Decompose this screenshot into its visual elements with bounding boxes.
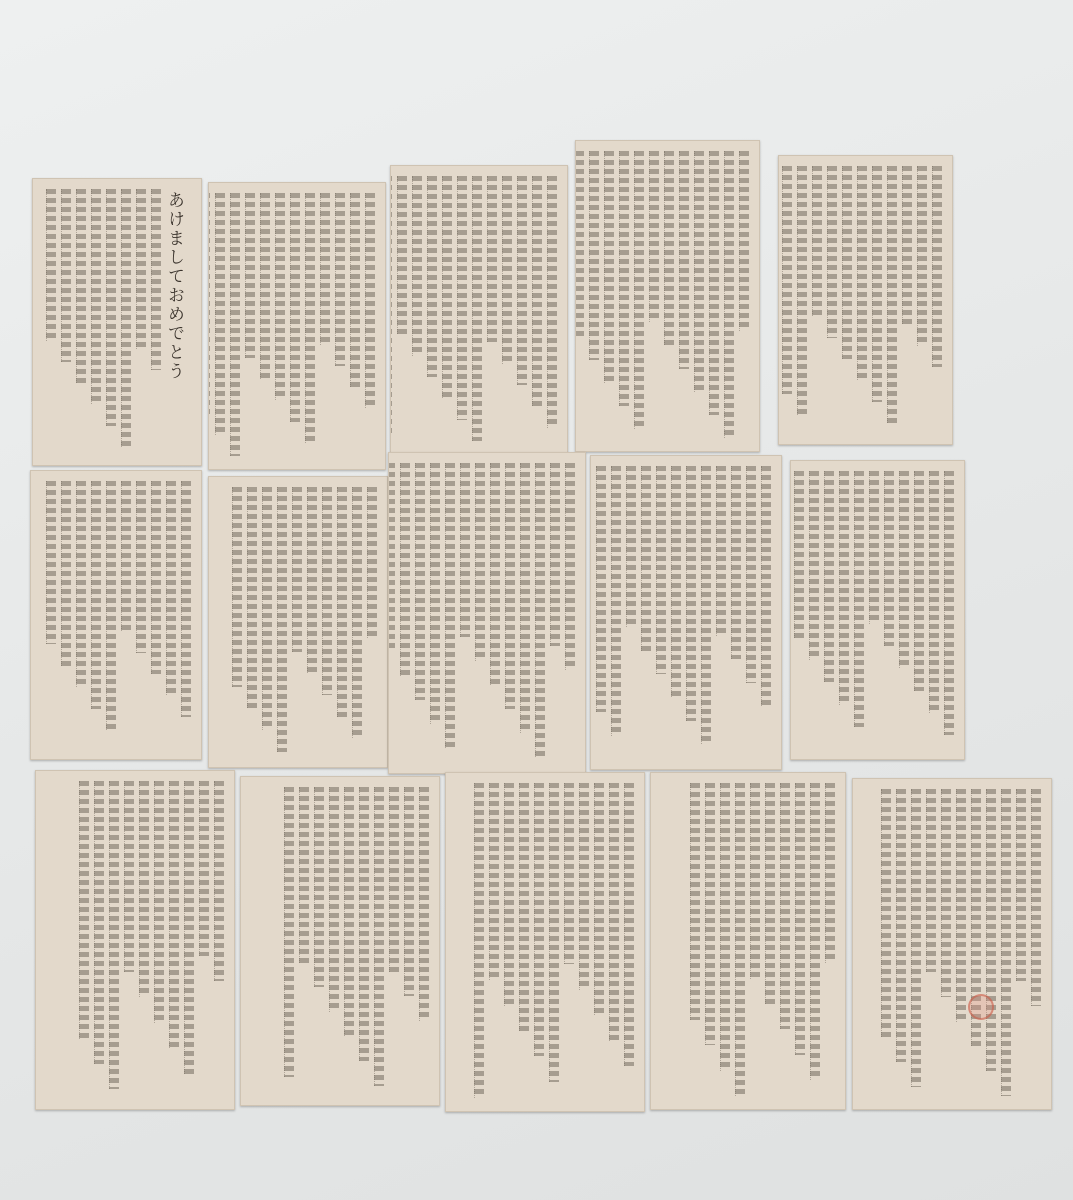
- handwritten-line: [61, 189, 71, 362]
- handwritten-line: [61, 481, 71, 666]
- handwritten-line: [365, 193, 375, 408]
- handwriting-columns: [789, 166, 942, 434]
- handwritten-line: [887, 166, 897, 423]
- handwritten-line: [884, 471, 894, 646]
- postcard-15: [852, 778, 1052, 1110]
- handwritten-line: [575, 151, 584, 337]
- handwritten-line: [502, 176, 512, 364]
- handwritten-line: [854, 471, 864, 727]
- handwritten-line: [320, 193, 330, 345]
- handwritten-line: [564, 783, 574, 964]
- postcard-12: [240, 776, 440, 1106]
- handwritten-line: [305, 193, 315, 443]
- handwritten-line: [292, 487, 302, 652]
- handwritten-line: [412, 176, 422, 356]
- handwriting-columns: [401, 176, 557, 444]
- handwritten-line: [215, 193, 225, 435]
- handwritten-line: [694, 151, 704, 392]
- postcard-10: [790, 460, 965, 760]
- handwritten-line: [656, 466, 666, 674]
- handwritten-line: [589, 151, 599, 360]
- handwritten-line: [76, 481, 86, 687]
- postcard-11: [35, 770, 235, 1110]
- handwritten-line: [419, 787, 429, 1021]
- handwriting-columns: [43, 189, 161, 455]
- handwritten-line: [344, 787, 354, 1036]
- postcard-4: [575, 140, 760, 452]
- handwritten-line: [609, 783, 619, 1041]
- handwritten-line: [442, 176, 452, 398]
- handwritten-line: [247, 487, 257, 708]
- handwritten-line: [275, 193, 285, 400]
- handwritten-line: [926, 789, 936, 972]
- handwritten-line: [121, 481, 131, 631]
- handwritten-line: [664, 151, 674, 345]
- handwritten-line: [932, 166, 942, 367]
- handwritten-line: [290, 193, 300, 422]
- handwritten-line: [624, 783, 634, 1066]
- handwritten-line: [475, 463, 485, 661]
- postcard-8: [388, 452, 586, 774]
- handwritten-line: [594, 783, 604, 1015]
- handwritten-line: [1031, 789, 1041, 1006]
- handwritten-line: [322, 487, 332, 695]
- handwritten-line: [626, 466, 636, 627]
- handwritten-line: [169, 781, 179, 1048]
- red-seal-stamp: [968, 994, 994, 1020]
- handwritten-line: [596, 466, 606, 712]
- postcard-5: [778, 155, 953, 445]
- handwritten-line: [917, 166, 927, 346]
- postcard-2: [208, 182, 386, 470]
- handwritten-line: [277, 487, 287, 752]
- handwritten-line: [151, 481, 161, 674]
- handwritten-line: [986, 789, 996, 1071]
- handwritten-line: [746, 466, 756, 683]
- handwritten-line: [782, 166, 792, 394]
- handwritten-line: [761, 466, 771, 706]
- postcard-7: [208, 476, 388, 768]
- handwriting-columns: [46, 781, 224, 1099]
- handwritten-line: [136, 189, 146, 349]
- handwritten-line: [335, 193, 345, 366]
- handwritten-line: [388, 463, 395, 652]
- handwritten-line: [489, 783, 499, 980]
- handwritten-line: [91, 189, 101, 404]
- handwritten-line: [154, 781, 164, 1023]
- handwritten-line: [914, 471, 924, 691]
- handwritten-line: [519, 783, 529, 1031]
- greeting-text: あけましておめでとう: [162, 191, 187, 381]
- handwriting-columns: [801, 471, 954, 749]
- handwritten-line: [352, 487, 362, 738]
- handwritten-line: [121, 189, 131, 447]
- handwritten-line: [812, 166, 822, 316]
- handwritten-line: [94, 781, 104, 1064]
- handwritten-line: [367, 487, 377, 638]
- handwritten-line: [709, 151, 719, 415]
- handwritten-line: [139, 781, 149, 997]
- handwritten-line: [797, 166, 807, 415]
- handwritten-line: [739, 151, 749, 331]
- handwritten-line: [872, 166, 882, 402]
- postcard-6: [30, 470, 202, 760]
- handwritten-line: [505, 463, 515, 709]
- handwritten-line: [230, 193, 240, 456]
- handwritten-line: [735, 783, 745, 1096]
- handwritten-line: [941, 789, 951, 997]
- handwritten-line: [716, 466, 726, 636]
- handwritten-line: [109, 781, 119, 1089]
- handwritten-line: [649, 151, 659, 322]
- handwritten-line: [517, 176, 527, 385]
- handwritten-line: [284, 787, 294, 1077]
- handwritten-line: [532, 176, 542, 406]
- handwritten-line: [780, 783, 790, 1029]
- handwritten-line: [199, 781, 209, 956]
- handwritten-line: [671, 466, 681, 697]
- handwritten-line: [487, 176, 497, 342]
- handwriting-columns: [586, 151, 749, 441]
- postcard-3: [390, 165, 568, 455]
- handwritten-line: [106, 481, 116, 730]
- handwriting-columns: [219, 193, 375, 459]
- handwritten-line: [604, 151, 614, 383]
- postcard-13: [445, 772, 645, 1112]
- handwriting-columns: [251, 787, 429, 1095]
- handwritten-line: [534, 783, 544, 1056]
- handwritten-line: [474, 783, 484, 1098]
- handwritten-line: [911, 789, 921, 1087]
- handwriting-columns: [863, 789, 1041, 1099]
- handwritten-line: [611, 466, 621, 736]
- handwritten-line: [314, 787, 324, 987]
- handwritten-line: [260, 193, 270, 379]
- handwritten-line: [750, 783, 760, 979]
- handwritten-line: [824, 471, 834, 682]
- handwritten-line: [825, 783, 835, 963]
- handwritten-line: [842, 166, 852, 359]
- handwritten-line: [794, 471, 804, 638]
- handwritten-line: [427, 176, 437, 377]
- handwritten-line: [457, 176, 467, 420]
- handwritten-line: [79, 781, 89, 1039]
- handwritten-line: [520, 463, 530, 733]
- handwritten-line: [445, 463, 455, 748]
- handwritten-line: [374, 787, 384, 1086]
- handwritten-line: [839, 471, 849, 705]
- handwritten-line: [720, 783, 730, 1071]
- handwritten-line: [857, 166, 867, 380]
- handwritten-line: [881, 789, 891, 1037]
- handwritten-line: [472, 176, 482, 441]
- handwritten-line: [690, 783, 700, 1020]
- handwritten-line: [705, 783, 715, 1045]
- handwritten-line: [184, 781, 194, 1074]
- handwriting-columns: [456, 783, 634, 1101]
- handwritten-line: [565, 463, 575, 670]
- handwritten-line: [731, 466, 741, 659]
- handwritten-line: [337, 487, 347, 717]
- handwritten-line: [701, 466, 711, 744]
- handwritten-line: [460, 463, 470, 637]
- handwritten-line: [896, 789, 906, 1062]
- handwritten-line: [1016, 789, 1026, 981]
- handwritten-line: [504, 783, 514, 1006]
- handwritten-line: [208, 193, 210, 414]
- handwritten-line: [136, 481, 146, 653]
- handwriting-columns: [601, 466, 771, 759]
- handwritten-line: [389, 787, 399, 972]
- handwritten-line: [929, 471, 939, 713]
- handwriting-columns: [41, 481, 191, 749]
- handwritten-line: [827, 166, 837, 338]
- handwritten-line: [579, 783, 589, 990]
- handwritten-line: [46, 189, 56, 341]
- handwritten-line: [810, 783, 820, 1080]
- postcard-9: [590, 455, 782, 770]
- handwritten-line: [634, 151, 644, 429]
- postcard-14: [650, 772, 846, 1110]
- handwritten-line: [547, 176, 557, 428]
- handwritten-line: [307, 487, 317, 673]
- handwritten-line: [390, 176, 392, 433]
- handwritten-line: [106, 189, 116, 426]
- handwritten-line: [724, 151, 734, 438]
- handwritten-line: [549, 783, 559, 1082]
- handwritten-line: [166, 481, 176, 695]
- handwritten-line: [232, 487, 242, 687]
- handwritten-line: [619, 151, 629, 406]
- handwritten-line: [415, 463, 425, 700]
- handwritten-line: [535, 463, 545, 757]
- handwritten-line: [679, 151, 689, 369]
- handwritten-line: [124, 781, 134, 972]
- handwritten-line: [944, 471, 954, 735]
- handwritten-line: [91, 481, 101, 709]
- handwritten-line: [329, 787, 339, 1012]
- handwritten-line: [430, 463, 440, 724]
- handwritten-line: [902, 166, 912, 324]
- handwritten-line: [397, 176, 407, 334]
- handwritten-line: [956, 789, 966, 1022]
- handwritten-line: [76, 189, 86, 383]
- handwritten-line: [869, 471, 879, 624]
- handwritten-line: [899, 471, 909, 668]
- handwriting-columns: [399, 463, 575, 763]
- handwritten-line: [46, 481, 56, 644]
- handwritten-line: [262, 487, 272, 730]
- handwritten-line: [795, 783, 805, 1055]
- handwritten-line: [214, 781, 224, 981]
- handwritten-line: [809, 471, 819, 660]
- handwritten-line: [641, 466, 651, 651]
- handwritten-line: [299, 787, 309, 963]
- handwriting-columns: [661, 783, 835, 1099]
- handwritten-line: [1001, 789, 1011, 1096]
- handwritten-line: [400, 463, 410, 676]
- handwritten-line: [151, 189, 161, 370]
- handwritten-line: [350, 193, 360, 387]
- handwritten-line: [359, 787, 369, 1061]
- handwriting-columns: [219, 487, 377, 757]
- handwritten-line: [550, 463, 560, 646]
- postcard-1: あけましておめでとう: [32, 178, 202, 466]
- handwritten-line: [490, 463, 500, 685]
- handwritten-line: [245, 193, 255, 358]
- handwritten-line: [181, 481, 191, 717]
- handwritten-line: [765, 783, 775, 1004]
- handwritten-line: [404, 787, 414, 996]
- handwritten-line: [686, 466, 696, 721]
